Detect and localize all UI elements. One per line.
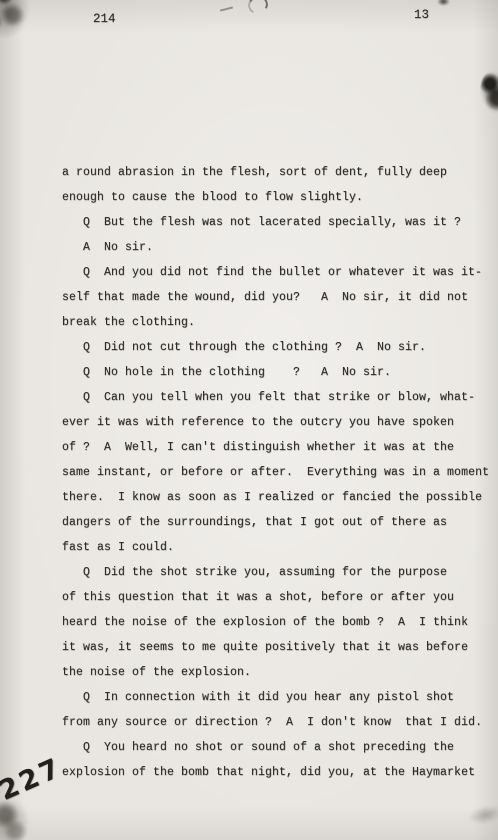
transcript-line: explosion of the bomb that night, did yo… (62, 760, 492, 785)
edge-ink-tick (437, 0, 450, 6)
transcript-line: ever it was with reference to the outcry… (62, 410, 492, 435)
transcript-line: there. I know as soon as I realized or f… (62, 485, 492, 510)
transcript-line: A No sir. (62, 235, 492, 260)
transcript-line: of ? A Well, I can't distinguish whether… (62, 435, 492, 460)
bottom-left-smudge (0, 798, 30, 840)
transcript-line: same instant, or before or after. Everyt… (62, 460, 492, 485)
transcript-line: Q Can you tell when you felt that strike… (62, 385, 492, 410)
transcript-line: dangers of the surroundings, that I got … (62, 510, 492, 535)
transcript-line: from any source or direction ? A I don't… (62, 710, 492, 735)
right-edge-ink-blot (477, 68, 498, 115)
pen-dash-mark (220, 6, 233, 11)
transcript-line: the noise of the explosion. (62, 660, 492, 685)
pen-curve-mark (246, 0, 271, 17)
transcript-line: enough to cause the blood to flow slight… (62, 185, 492, 210)
transcript-line: Q Did not cut through the clothing ? A N… (62, 335, 492, 360)
transcript-line: Q No hole in the clothing ? A No sir. (62, 360, 492, 385)
transcript-line: Q In connection with it did you hear any… (62, 685, 492, 710)
page-number-left: 214 (93, 12, 116, 26)
transcript-line: it was, it seems to me quite positively … (62, 635, 492, 660)
transcript-body: a round abrasion in the flesh, sort of d… (62, 160, 492, 785)
handwritten-page-number: 227 (0, 752, 67, 807)
transcript-line: self that made the wound, did you? A No … (62, 285, 492, 310)
transcript-line: fast as I could. (62, 535, 492, 560)
transcript-line: Q And you did not find the bullet or wha… (62, 260, 492, 285)
transcript-line: Q But the flesh was not lacerated specia… (62, 210, 492, 235)
transcript-line: break the clothing. (62, 310, 492, 335)
transcript-line: heard the noise of the explosion of the … (62, 610, 492, 635)
scanned-document-page: 214 13 a round abrasion in the flesh, so… (0, 0, 498, 840)
page-number-right: 13 (414, 8, 429, 22)
transcript-line: of this question that it was a shot, bef… (62, 585, 492, 610)
corner-ink-smudge (0, 0, 36, 45)
bottom-right-smudge (467, 802, 498, 827)
transcript-line: Q Did the shot strike you, assuming for … (62, 560, 492, 585)
transcript-line: Q You heard no shot or sound of a shot p… (62, 735, 492, 760)
transcript-line: a round abrasion in the flesh, sort of d… (62, 160, 492, 185)
